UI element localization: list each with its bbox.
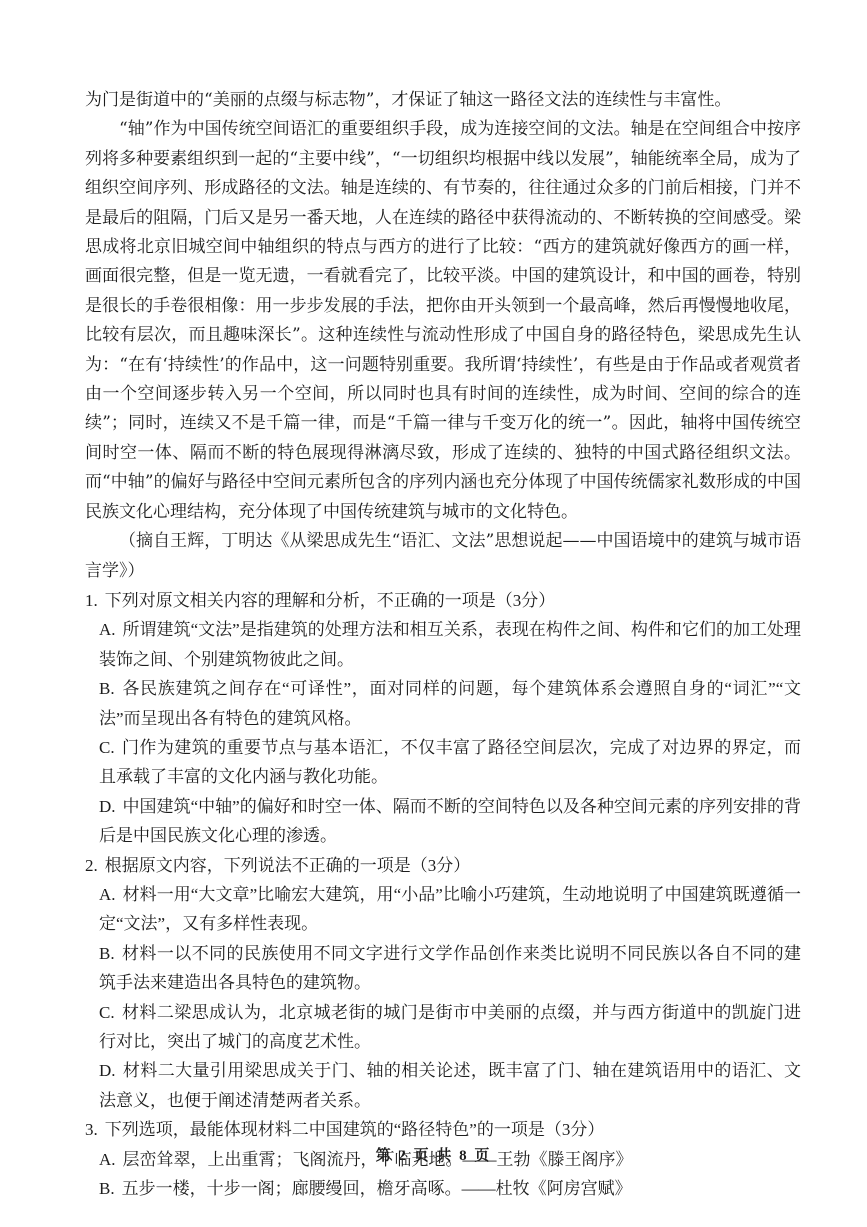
- question-2-option-d: D.材料二大量引用梁思成关于门、轴的相关论述，既丰富了门、轴在建筑语用中的语汇、…: [99, 1056, 801, 1115]
- question-1-option-d-text: 中国建筑“中轴”的偏好和时空一体、隔而不断的空间特色以及各种空间元素的序列安排的…: [99, 797, 801, 845]
- question-1-option-b-text: 各民族建筑之间存在“可译性”，面对同样的问题，每个建筑体系会遵照自身的“词汇”“…: [99, 679, 801, 727]
- page-number-footer: 第 2 页 共 8 页: [0, 1144, 867, 1165]
- question-2-option-a: A.材料一用“大文章”比喻宏大建筑，用“小品”比喻小巧建筑，生动地说明了中国建筑…: [99, 880, 801, 939]
- question-2-option-a-label: A.: [99, 885, 116, 904]
- question-2-option-c-label: C.: [99, 1003, 115, 1022]
- question-2-option-c: C.材料二梁思成认为，北京城老街的城门是街市中美丽的点缀，并与西方街道中的凯旋门…: [99, 998, 801, 1057]
- question-3-option-b-text: 五步一楼，十步一阁；廊腰缦回，檐牙高啄。——杜牧《阿房宫赋》: [122, 1179, 632, 1198]
- question-1: 1.下列对原文相关内容的理解和分析，不正确的一项是（3分） A.所谓建筑“文法”…: [85, 586, 801, 851]
- question-2-number: 2.: [85, 856, 98, 875]
- passage-paragraph-continuation: 为门是街道中的“美丽的点缀与标志物”，才保证了轴这一路径文法的连续性与丰富性。: [85, 86, 801, 115]
- question-1-option-d: D.中国建筑“中轴”的偏好和时空一体、隔而不断的空间特色以及各种空间元素的序列安…: [99, 792, 801, 851]
- question-3-option-b-label: B.: [99, 1179, 115, 1198]
- passage-citation: （摘自王辉，丁明达《从梁思成先生“语汇、文法”思想说起——中国语境中的建筑与城市…: [85, 527, 801, 586]
- passage-paragraph-axis: “轴”作为中国传统空间语汇的重要组织手段，成为连接空间的文法。轴是在空间组合中按…: [85, 115, 801, 527]
- question-2: 2.根据原文内容，下列说法不正确的一项是（3分） A.材料一用“大文章”比喻宏大…: [85, 851, 801, 1116]
- question-2-stem: 2.根据原文内容，下列说法不正确的一项是（3分）: [85, 851, 801, 880]
- exam-page: 为门是街道中的“美丽的点缀与标志物”，才保证了轴这一路径文法的连续性与丰富性。 …: [0, 0, 867, 1227]
- question-2-option-c-text: 材料二梁思成认为，北京城老街的城门是街市中美丽的点缀，并与西方街道中的凯旋门进行…: [99, 1003, 801, 1051]
- question-2-stem-text: 根据原文内容，下列说法不正确的一项是（3分）: [105, 856, 471, 875]
- question-3-stem-text: 下列选项，最能体现材料二中国建筑的“路径特色”的一项是（3分）: [105, 1120, 605, 1139]
- question-1-option-c-text: 门作为建筑的重要节点与基本语汇，不仅丰富了路径空间层次，完成了对边界的界定，而且…: [99, 738, 801, 786]
- question-1-number: 1.: [85, 591, 98, 610]
- question-1-option-b-label: B.: [99, 679, 115, 698]
- question-1-option-c: C.门作为建筑的重要节点与基本语汇，不仅丰富了路径空间层次，完成了对边界的界定，…: [99, 733, 801, 792]
- question-1-option-a: A.所谓建筑“文法”是指建筑的处理方法和相互关系，表现在构件之间、构件和它们的加…: [99, 615, 801, 674]
- question-1-option-a-text: 所谓建筑“文法”是指建筑的处理方法和相互关系，表现在构件之间、构件和它们的加工处…: [99, 620, 801, 668]
- question-2-option-d-label: D.: [99, 1061, 116, 1080]
- question-3-number: 3.: [85, 1120, 98, 1139]
- question-2-option-d-text: 材料二大量引用梁思成关于门、轴的相关论述，既丰富了门、轴在建筑语用中的语汇、文法…: [99, 1061, 801, 1109]
- question-3-option-b: B.五步一楼，十步一阁；廊腰缦回，檐牙高啄。——杜牧《阿房宫赋》: [99, 1174, 801, 1203]
- question-3-stem: 3.下列选项，最能体现材料二中国建筑的“路径特色”的一项是（3分）: [85, 1115, 801, 1144]
- question-2-option-b-text: 材料一以不同的民族使用不同文字进行文学作品创作来类比说明不同民族以各自不同的建筑…: [99, 944, 801, 992]
- question-1-stem-text: 下列对原文相关内容的理解和分析，不正确的一项是（3分）: [105, 591, 556, 610]
- question-1-stem: 1.下列对原文相关内容的理解和分析，不正确的一项是（3分）: [85, 586, 801, 615]
- question-2-option-b: B.材料一以不同的民族使用不同文字进行文学作品创作来类比说明不同民族以各自不同的…: [99, 939, 801, 998]
- page-content: 为门是街道中的“美丽的点缀与标志物”，才保证了轴这一路径文法的连续性与丰富性。 …: [85, 86, 801, 1203]
- question-1-option-c-label: C.: [99, 738, 115, 757]
- question-2-option-b-label: B.: [99, 944, 115, 963]
- question-1-option-a-label: A.: [99, 620, 116, 639]
- question-1-option-b: B.各民族建筑之间存在“可译性”，面对同样的问题，每个建筑体系会遵照自身的“词汇…: [99, 674, 801, 733]
- reading-passage: 为门是街道中的“美丽的点缀与标志物”，才保证了轴这一路径文法的连续性与丰富性。 …: [85, 86, 801, 586]
- question-1-option-d-label: D.: [99, 797, 116, 816]
- question-2-option-a-text: 材料一用“大文章”比喻宏大建筑，用“小品”比喻小巧建筑，生动地说明了中国建筑既遵…: [99, 885, 801, 933]
